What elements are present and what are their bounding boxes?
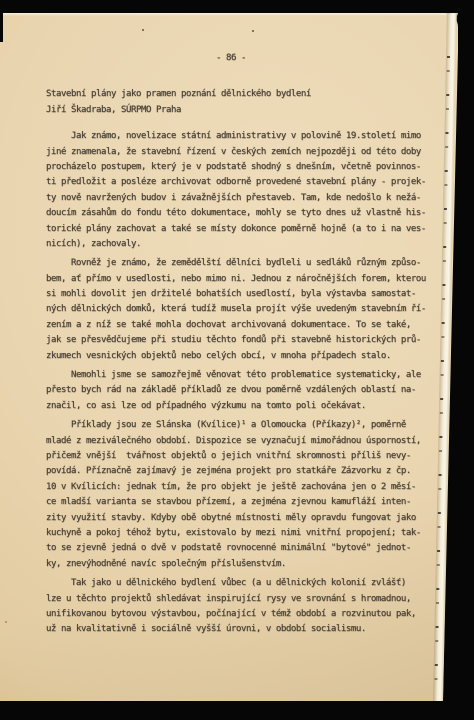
text-line: ty nově navržených budov i závažnějších … [46,191,416,206]
text-line: přesto bych rád na základě příkladů ze d… [46,383,416,398]
text-line: povídá. Příznačně zajímavý je zejména pr… [46,464,416,479]
text-line: ti předložit a posléze archivovat odborn… [46,175,416,190]
text-line: jiné znamenala, že stavební řízení v čes… [46,145,416,160]
page-number: - 86 - [46,51,416,66]
paragraph: Tak jako u dělnického bydlení vůbec (a u… [46,576,416,638]
text-line: doucím zásahům do fondu této dokumentace… [46,206,416,221]
document-body: Jak známo, novelizace státní administrat… [46,129,416,638]
text-line: zity využití stavby. Kdyby obě obytné mí… [46,511,416,526]
text-line: ky, znevýhodněné navíc společným přísluš… [46,557,416,572]
text-line: Příklady jsou ze Slánska (Kvílice)¹ a Ol… [46,418,416,433]
paragraph: Jak známo, novelizace státní administrat… [46,129,416,252]
scan-border-sliver [0,0,3,42]
text-line: ce mladší varianta se stavbou přízemí, a… [46,495,416,510]
paragraph: Příklady jsou ze Slánska (Kvílice)¹ a Ol… [46,418,416,572]
text-column: - 86 - Stavební plány jako pramen poznán… [0,51,458,638]
text-line: zkumech vesnických objektů nebo celých o… [46,349,416,364]
text-line: nicích), zachovaly. [46,237,416,252]
title-block: Stavební plány jako pramen poznání dělni… [46,87,416,118]
document-title: Stavební plány jako pramen poznání dělni… [46,87,416,102]
text-line: unifikovanou bytovou výstavbou, počínají… [46,607,416,622]
text-line: už na kvalitativně i sociálně vyšší úrov… [46,622,416,637]
text-line: procházelo postupem, který je v podstatě… [46,160,416,175]
paragraph: Rovněž je známo, že zemědělští dělníci b… [46,256,416,364]
paper-speck [142,29,144,31]
paper-speck [252,30,254,32]
text-line: Rovněž je známo, že zemědělští dělníci b… [46,256,416,271]
paragraph: Nemohli jsme se samozřejmě věnovat této … [46,368,416,414]
document-author: Jiří Škadraba, SÚRPMO Praha [46,103,416,118]
text-line: Nemohli jsme se samozřejmě věnovat této … [46,368,416,383]
text-line: 10 v Kvílicích: jednak tím, že pro objek… [46,480,416,495]
text-line: kuchyně a pokoj téhož bytu, existovalo b… [46,526,416,541]
text-line: lze u těchto projektů shledávat inspiruj… [46,592,416,607]
text-line: to se zjevně jedná o dvě v podstatě rovn… [46,541,416,556]
text-line: zením a z níž se také mohla dochovat arc… [46,318,416,333]
document-page: - 86 - Stavební plány jako pramen poznán… [0,13,458,701]
text-line: bem, ať přímo v usedlosti, nebo mimo ni.… [46,272,416,287]
paper-speck [5,621,7,623]
text-line: si mohli dovolit jen držitelé bohatších … [46,287,416,302]
text-line: torické plány zachovat a také se místy d… [46,222,416,237]
text-line: přičemž vnější tvářnost objektů o jejich… [46,449,416,464]
text-line: Tak jako u dělnického bydlení vůbec (a u… [46,576,416,591]
text-line: ných dělnických domků, která tudíž musel… [46,302,416,317]
text-line: jak se přesvědčujeme při studiu těchto f… [46,333,416,348]
text-line: Jak známo, novelizace státní administrat… [46,129,416,144]
scan-background: { "document": { "page_number": "- 86 -",… [0,0,474,720]
text-line: značil, co asi lze od případného výzkumu… [46,399,416,414]
text-line: mladé z meziválečného období. Dispozice … [46,434,416,449]
